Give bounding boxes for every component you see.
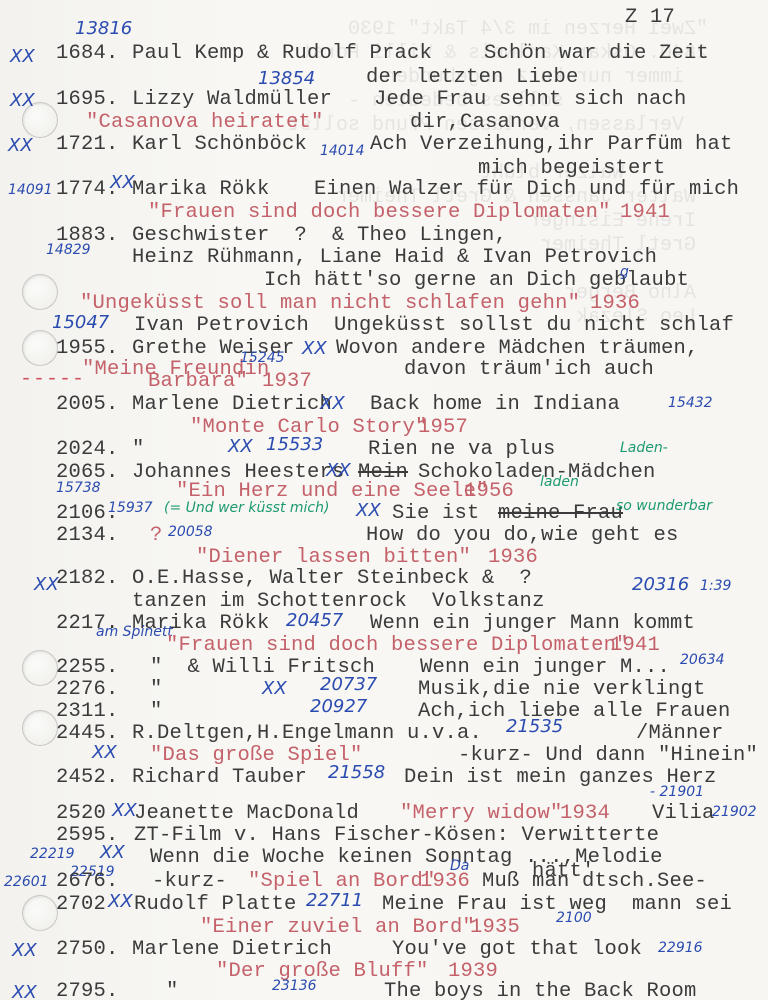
catalog-number: 15738: [56, 480, 101, 496]
entry-title: Muß man dtsch.See-: [482, 870, 707, 894]
punch-hole: [22, 895, 58, 931]
entry-number: 2182.: [56, 567, 119, 591]
duration: 1:39: [700, 578, 731, 594]
catalog-number: 14014: [320, 143, 365, 159]
green-note: laden: [540, 474, 579, 490]
entry-title: Schön war die Zeit: [484, 42, 709, 66]
catalog-number: 20737: [320, 674, 377, 695]
catalog-number: 22219: [30, 846, 75, 862]
film-year: 1937: [262, 370, 312, 394]
green-note: so wunderbar: [616, 498, 736, 514]
entry-artist: Ivan Petrovich: [134, 314, 309, 338]
entry-title: Wenn ein junger Mann kommt: [370, 612, 695, 636]
handwritten-note: Da: [450, 858, 469, 874]
entry-title: Rien ne va plus: [368, 438, 556, 462]
catalog-number: 13816: [75, 18, 132, 39]
entry-number: 2134.: [56, 524, 119, 548]
film-year: 1957: [418, 416, 468, 440]
xx-mark: XX: [110, 172, 135, 193]
entry-title: Ungeküsst sollst du nicht schlaf: [334, 314, 734, 338]
entry-number: 2452.: [56, 766, 119, 790]
film-year: 1935: [470, 916, 520, 940]
entry-title: Jede Frau sehnt sich nach: [374, 88, 687, 112]
entry-artist: Lizzy Waldmüller: [132, 88, 332, 112]
punch-hole: [22, 710, 58, 746]
separator-dashes: -----: [20, 368, 85, 391]
entry-title: Ach Verzeihung,ihr Parfüm hat: [370, 133, 733, 157]
entry-number: 2276.: [56, 678, 119, 702]
xx-mark: XX: [262, 678, 287, 699]
handwritten-correction: g: [620, 264, 629, 280]
catalog-number-secondary: - 21901: [650, 784, 704, 800]
film-title: "Merry widow": [400, 802, 563, 826]
green-note: Laden-: [620, 440, 668, 456]
catalog-number: 21558: [328, 762, 385, 783]
entry-title: Einen Walzer für Dich und für mich: [314, 178, 739, 202]
entry-title-cont: dir,Casanova: [410, 111, 560, 135]
entry-title: Ach,ich liebe alle Frauen: [418, 700, 731, 724]
struck-word: meine Frau: [498, 502, 623, 526]
xx-mark: XX: [228, 436, 253, 457]
punch-hole: [22, 650, 58, 686]
catalog-number: 20058: [168, 524, 213, 540]
sheet-id: Z 17: [625, 6, 675, 30]
entry-artist: Richard Tauber: [132, 766, 307, 790]
entry-artist: Geschwister ? & Theo Lingen,: [132, 224, 507, 248]
entry-title-cont: davon träum'ich auch: [404, 358, 654, 382]
film-title: "Einer zuviel an Bord": [200, 916, 475, 940]
entry-title: Wenn ein junger M...: [420, 656, 670, 680]
entry-title: How do you do,wie geht es: [366, 524, 679, 548]
xx-mark: XX: [108, 891, 133, 912]
xx-mark: XX: [8, 135, 33, 156]
entry-artist: Rudolf Platte: [134, 893, 297, 917]
green-note: (= Und wer küsst mich): [164, 500, 329, 516]
catalog-number: 20457: [286, 610, 343, 631]
entry-artist: O.E.Hasse, Walter Steinbeck & ?: [132, 567, 532, 591]
film-year: 1936: [590, 292, 640, 316]
catalog-number: 20316: [632, 574, 689, 595]
xx-mark: XX: [12, 940, 37, 961]
entry-artist: ZT-Film v. Hans Fischer-Kösen: Verwitter…: [134, 824, 659, 848]
punch-hole: [22, 330, 58, 366]
catalog-number-secondary: 2100: [556, 910, 592, 926]
film-title: "Ungeküsst soll man nicht schlafen gehn": [80, 292, 580, 316]
catalog-number: 23136: [272, 978, 317, 994]
film-year: 1934: [560, 802, 610, 826]
film-title-cont: Barbara": [148, 370, 248, 394]
catalog-number: 21535: [506, 716, 563, 737]
entry-title-cont: /Männer: [636, 722, 724, 746]
xx-mark: XX: [10, 46, 35, 67]
catalog-number: 14091: [8, 182, 53, 198]
xx-mark: XX: [356, 500, 381, 521]
entry-number: 2005.: [56, 393, 119, 417]
xx-mark: XX: [326, 460, 351, 481]
entry-artist: ": [166, 980, 179, 1000]
entry-number: 2024.: [56, 438, 119, 462]
catalog-number: 15245: [240, 350, 285, 366]
xx-mark: XX: [92, 742, 117, 763]
film-title: "Frauen sind doch bessere Diplomaten": [148, 201, 611, 225]
entry-number: 1684.: [56, 42, 119, 66]
entry-artist: Marika Rökk: [132, 178, 270, 202]
entry-number: 1721.: [56, 133, 119, 157]
catalog-number: 21902: [712, 804, 757, 820]
entry-number: 2750.: [56, 938, 119, 962]
entry-artist: ": [132, 438, 145, 462]
entry-artist-cont: Heinz Rühmann, Liane Haid & Ivan Petrovi…: [132, 246, 657, 270]
entry-title: The boys in the Back Room: [384, 980, 697, 1000]
catalog-number: 15533: [266, 434, 323, 455]
xx-mark: XX: [112, 800, 137, 821]
film-title: "Frauen sind doch bessere Diplomaten": [166, 634, 629, 658]
punch-hole: [22, 274, 58, 310]
catalog-number: 13854: [258, 68, 315, 89]
entry-number: 1695.: [56, 88, 119, 112]
catalog-number: 22601: [4, 874, 49, 890]
entry-artist: ": [150, 678, 163, 702]
entry-title: Vilia: [652, 802, 715, 826]
handwritten-note: am Spinett: [96, 624, 173, 640]
film-title: "Casanova heiratet": [86, 111, 324, 135]
entry-artist: Karl Schönböck: [132, 133, 307, 157]
entry-number: 2795.: [56, 980, 119, 1000]
catalog-number: 20634: [680, 652, 725, 668]
xx-mark: XX: [10, 90, 35, 111]
catalog-number: 15937: [108, 500, 153, 516]
question-mark: ?: [150, 524, 163, 548]
entry-number: 2520: [56, 802, 106, 826]
catalog-number: 14829: [46, 242, 91, 258]
catalog-number: 15047: [52, 312, 109, 333]
entry-number: 2255.: [56, 656, 119, 680]
catalog-number: 22711: [306, 890, 363, 911]
entry-artist: Marlene Dietrich: [132, 938, 332, 962]
entry-title: Sie ist: [392, 502, 480, 526]
catalog-number: 22916: [658, 940, 703, 956]
film-year: 1941: [620, 201, 670, 225]
xx-mark: XX: [12, 982, 37, 1000]
xx-mark: XX: [320, 393, 345, 414]
entry-artist: ": [150, 700, 163, 724]
entry-number: 2311.: [56, 700, 119, 724]
entry-artist: R.Deltgen,H.Engelmann u.v.a.: [132, 722, 482, 746]
entry-title: You've got that look: [392, 938, 642, 962]
entry-artist: Marlene Dietrich: [132, 393, 332, 417]
xx-mark: XX: [100, 842, 125, 863]
film-year: 1956: [464, 480, 514, 504]
entry-title: -kurz- Und dann "Hinein": [458, 744, 758, 768]
xx-mark: XX: [34, 574, 59, 595]
entry-title-cont: der letzten Liebe: [366, 66, 579, 90]
entry-title: Musik,die nie verklingt: [418, 678, 706, 702]
entry-artist: -kurz-: [152, 870, 227, 894]
entry-title: Back home in Indiana: [370, 393, 620, 417]
entry-number: 2702: [56, 893, 106, 917]
catalog-number: 20927: [310, 696, 367, 717]
entry-artist: Jeanette MacDonald: [134, 802, 359, 826]
xx-mark: XX: [302, 338, 327, 359]
catalog-number: 15432: [668, 395, 713, 411]
entry-artist: Paul Kemp & Rudolf Prack: [132, 42, 432, 66]
film-year: 1941: [610, 634, 660, 658]
